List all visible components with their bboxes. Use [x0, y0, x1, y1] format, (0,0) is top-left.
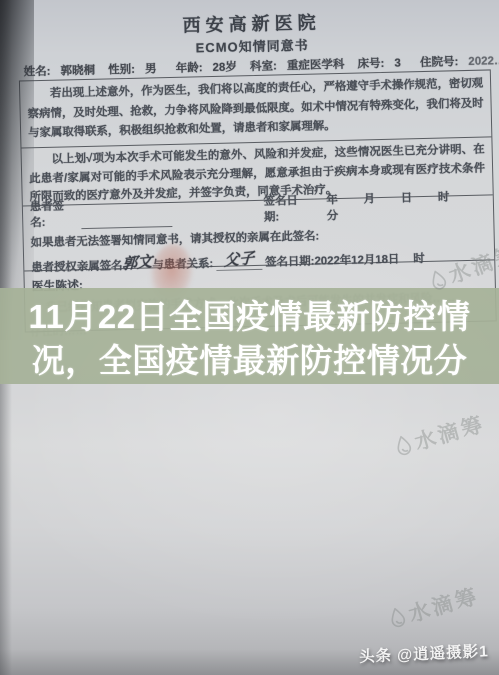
- patient-sign-label: 患者签名:: [30, 197, 80, 230]
- gender-value: 男: [145, 63, 157, 75]
- signature-row: 患者签名: 签名日期: 年 月 日 时 分 如果患者无法签署知情同意书，请其授权…: [23, 195, 494, 271]
- headline-line-2: 况，全国疫情最新防控情况分: [0, 335, 499, 382]
- family-sign-date: 2022年12月18日: [314, 251, 399, 269]
- photo-post: 西安高新医院 ECMO知情同意书 姓名:郭晓桐 性别:男 年龄:28岁 科室:重…: [0, 0, 499, 675]
- age-value: 28岁: [212, 61, 237, 74]
- family-signature-handwriting: 郭文: [122, 250, 153, 274]
- bed-label: 床号:: [357, 58, 384, 71]
- watermark-shuidichou-middle: 水滴筹: [392, 408, 489, 462]
- gender-label: 性别:: [108, 64, 135, 77]
- admission-number: 2022……: [468, 55, 499, 68]
- consent-form-paper: 西安高新医院 ECMO知情同意书 姓名:郭晓桐 性别:男 年龄:28岁 科室:重…: [12, 0, 498, 338]
- sign-date-label: 签名日期:: [263, 192, 313, 225]
- platform-label: 头条: [359, 647, 393, 665]
- bed-value: 3: [394, 58, 401, 70]
- patient-name: 郭晓桐: [60, 65, 95, 78]
- admission-label: 住院号:: [420, 56, 459, 69]
- water-drop-icon: [387, 606, 408, 630]
- watermark-text: 水滴筹: [405, 580, 482, 629]
- relation-handwriting: 父子: [224, 247, 255, 271]
- author-handle: @逍遥摄影1: [397, 643, 489, 664]
- headline-banner: 11月22日全国疫情最新防控情 况，全国疫情最新防控情况分: [0, 288, 499, 384]
- family-sign-date-label: 签名日期:: [265, 253, 315, 270]
- watermark-text: 水滴筹: [411, 408, 488, 457]
- date-units: 年 月 日 时 分: [326, 188, 486, 224]
- consent-paragraph-1: 若出现上述意外，作为医生，我们将以高度的责任心，严格遵守手术操作规范，密切观察病…: [20, 70, 491, 146]
- headline-line-1: 11月22日全国疫情最新防控情: [0, 291, 499, 338]
- patient-signature-blank: [81, 214, 172, 229]
- age-label: 年龄:: [176, 62, 203, 75]
- department-value: 重症医学科: [287, 59, 345, 72]
- water-drop-icon: [393, 434, 414, 458]
- department-label: 科室:: [250, 60, 277, 73]
- family-sign-label: 患者授权亲属签名: [31, 257, 122, 275]
- consent-paragraph-1-row: 若出现上述意外，作为医生，我们将以高度的责任心，严格遵守手术操作规范，密切观察病…: [20, 70, 491, 148]
- watermark-shuidichou-bottom: 水滴筹: [386, 580, 483, 634]
- family-sign-time-suffix: 时: [413, 250, 425, 266]
